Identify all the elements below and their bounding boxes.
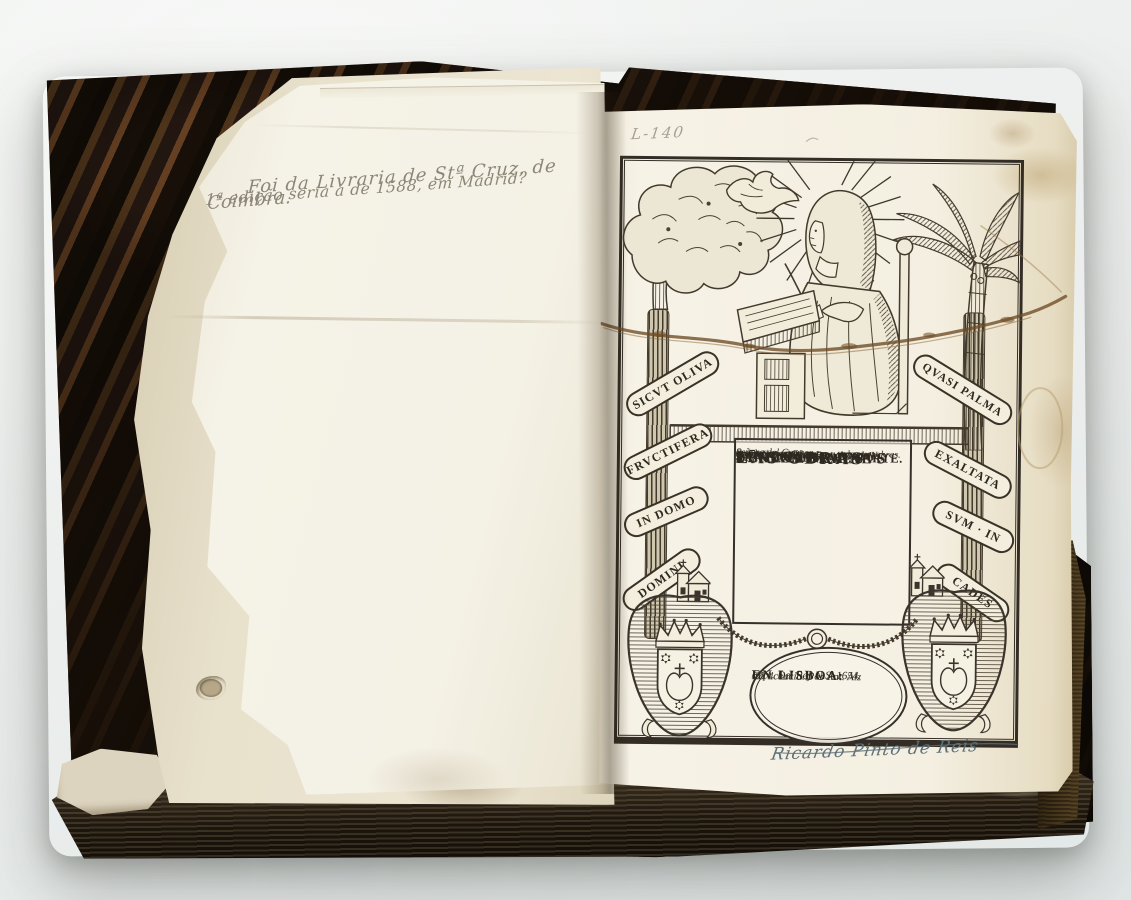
woodcut-border-frame: SICVT OLIVA FRVCTIFERA IN DOMO DOMINI QV… <box>614 156 1024 748</box>
title-text-block: LAS OBRAS DE LA S. MADRE TĒRESA DE IESVS… <box>732 438 912 626</box>
imprint-cartouche: EN LISBOA: Cõ licencia. Por Ant. Alz Imp… <box>749 646 908 746</box>
banderole-text: SVM · IN <box>943 507 1003 546</box>
woodcut-scene <box>620 159 1021 451</box>
carmelite-shield-left <box>619 591 741 742</box>
imprint-line: Impr. Del Rey N.S. 1654. <box>752 669 861 682</box>
title-line: Fundaciones, Cõceptos y todas sus obras. <box>736 448 901 461</box>
photo-of-open-book: Foi da Livraria de Stª Cruz, de Coimbra.… <box>0 0 1131 900</box>
carmelite-shield-right <box>893 586 1015 737</box>
imprint-line: Cõ licencia. Por Ant. Alz <box>752 670 862 683</box>
engraved-title-page: L-140 <box>594 102 1079 799</box>
pencil-shelf-mark: L-140 <box>630 123 686 143</box>
